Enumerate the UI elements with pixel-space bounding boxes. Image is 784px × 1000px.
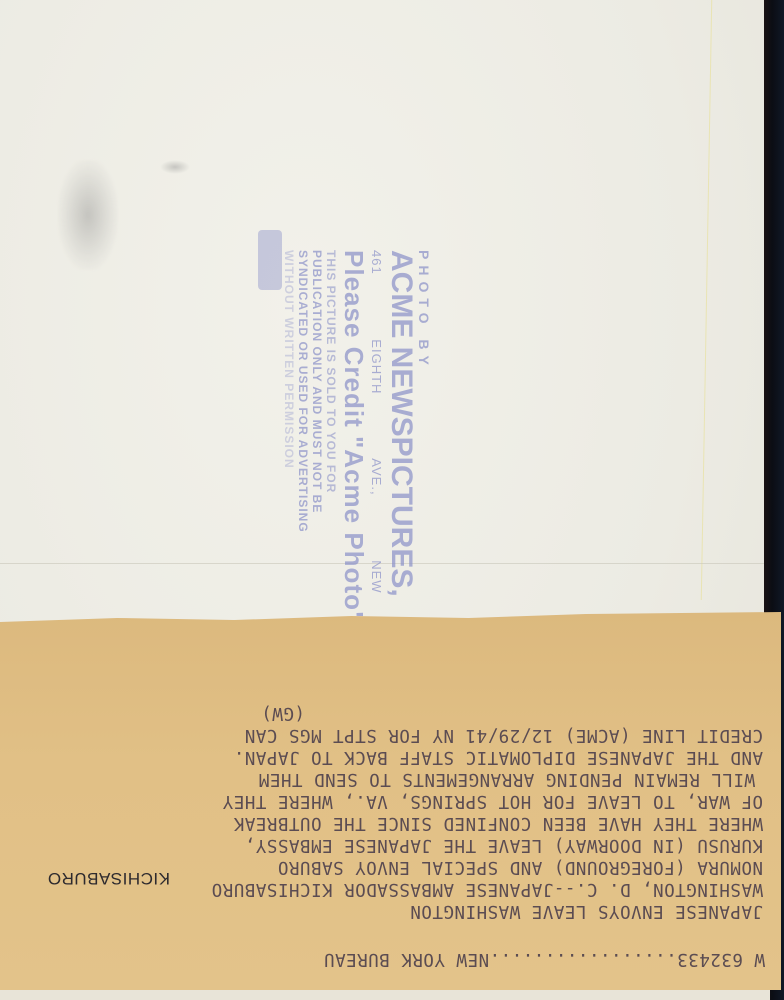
slip-bottom-edge — [0, 990, 770, 1000]
stamp-terms-2: PUBLICATION ONLY AND MUST NOT BE — [310, 250, 324, 620]
smudge-mark — [58, 160, 118, 270]
stamp-terms-1: THIS PICTURE IS SOLD TO YOU FOR — [324, 250, 338, 620]
stamp-terms-3: SYNDICATED OR USED FOR ADVERTISING — [296, 250, 310, 620]
credit-line: CREDIT LINE (ACME) 12/29/41 NY FOR STPT … — [244, 724, 763, 746]
caption-body-line: WHERE THEY HAVE BEEN CONFINED SINCE THE … — [233, 812, 763, 834]
stamp-credit-request: Please Credit "Acme Photo" — [338, 250, 369, 620]
acme-newspictures-stamp: PHOTO BY ACME NEWSPICTURES, 461 EIGHTH A… — [222, 250, 432, 620]
caption-body-line: AND THE JAPANESE DIPLOMATIC STAFF BACK T… — [233, 746, 763, 768]
editor-initials: (GW) — [261, 702, 305, 724]
caption-headline: JAPANESE ENVOYS LEAVE WASHINGTON — [410, 900, 763, 922]
smudge-mark-small — [160, 160, 190, 174]
caption-body-line: NOMURA (FOREGROUND) AND SPECIAL ENVOY SA… — [277, 856, 763, 878]
handwritten-note: KICHISABURO — [0, 868, 170, 888]
yellow-streak — [701, 0, 712, 600]
caption-body-line: OF WAR, TO LEAVE FOR HOT SPRINGS, VA., W… — [222, 790, 763, 812]
stamp-photo-by: PHOTO BY — [416, 250, 432, 620]
caption-text-block: W 632433.................NEW YORK BUREAU… — [0, 612, 781, 990]
caption-body-line: WILL REMAIN PENDING ARRANGEMENTS TO SEND… — [258, 768, 755, 790]
stamp-agency-name: ACME NEWSPICTURES, — [384, 250, 418, 620]
stamp-ink-blot — [258, 230, 282, 290]
stamp-address: 461 EIGHTH AVE., NEW YORK CITY — [369, 250, 384, 620]
bureau-line: W 632433.................NEW YORK BUREAU — [324, 948, 765, 970]
caption-dateline: WASHINGTON, D. C.--JAPANESE AMBASSADOR K… — [211, 878, 763, 900]
caption-body-line: KURUSU (IN DOORWAY) LEAVE THE JAPANESE E… — [244, 834, 763, 856]
stamp-terms-4: WITHOUT WRITTEN PERMISSION — [282, 250, 296, 620]
